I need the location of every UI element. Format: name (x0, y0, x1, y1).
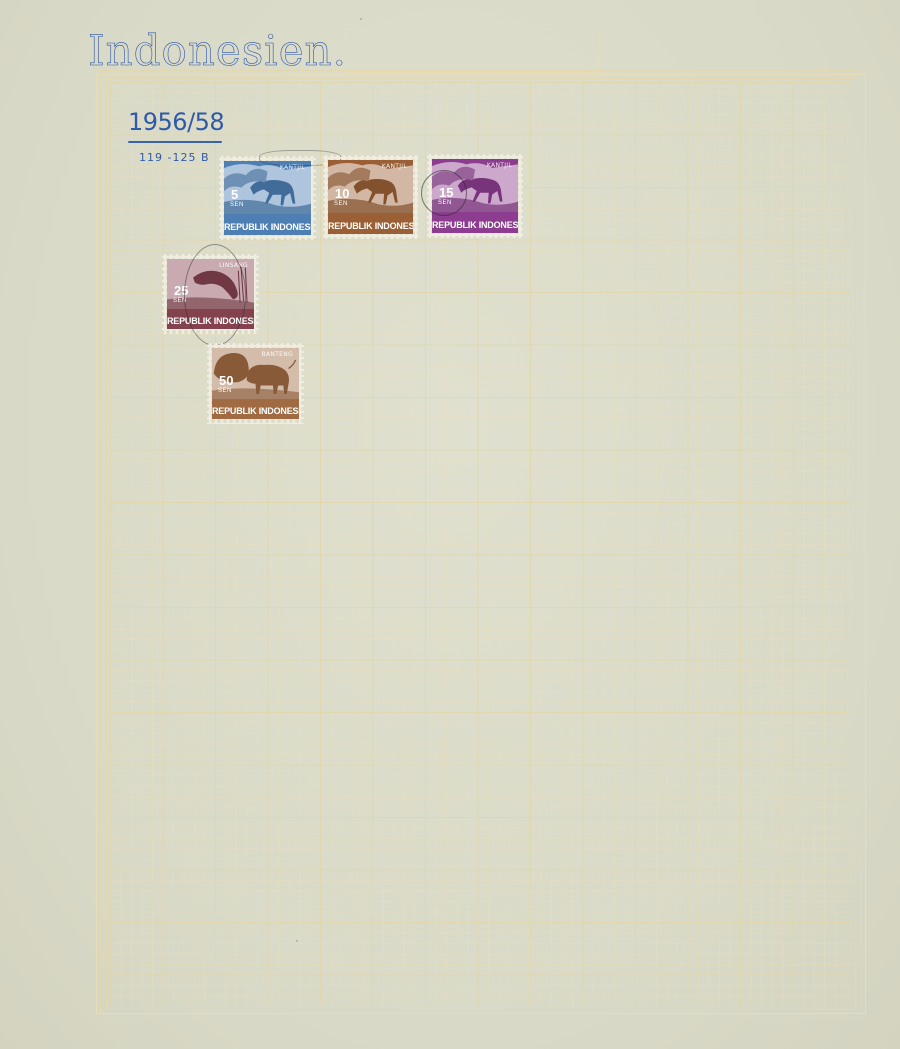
year-label: 1956/58 (128, 108, 224, 136)
year-underline (128, 141, 222, 143)
paper-speck (360, 18, 362, 20)
stamp-design: KANTJIL 5 SEN REPUBLIK INDONESIA (224, 161, 311, 235)
postmark-cancel (184, 244, 246, 346)
stamp-caption: KANTJIL (487, 162, 512, 169)
stamp-15-sen[interactable]: KANTJIL 15 SEN REPUBLIK INDONESIA (427, 154, 523, 238)
stamp-country: REPUBLIK INDONESIA (224, 222, 311, 232)
album-page: Indonesien. 1956/58 119 -125 B KANTJIL 5… (0, 0, 900, 1049)
catalog-numbers: 119 -125 B (139, 151, 210, 164)
stamp-design: BANTENG 50 SEN REPUBLIK INDONESIA (212, 348, 299, 419)
stamp-unit: SEN (334, 201, 348, 207)
title-box (345, 29, 599, 73)
stamp-country: REPUBLIK INDONESIA (328, 221, 413, 231)
stamp-caption: BANTENG (262, 351, 293, 358)
postmark-cancel (421, 170, 467, 216)
stamp-value: 10 (335, 187, 349, 200)
stamp-unit: SEN (230, 202, 244, 208)
stamp-50-sen[interactable]: BANTENG 50 SEN REPUBLIK INDONESIA (207, 343, 304, 424)
stamp-unit: SEN (218, 388, 232, 394)
country-title: Indonesien. (88, 30, 347, 72)
paper-speck (296, 940, 298, 942)
stamp-country: REPUBLIK INDONESIA (432, 220, 518, 230)
stamp-country: REPUBLIK INDONESIA (212, 406, 299, 416)
stamp-caption: KANTJIL (382, 163, 407, 170)
stamp-value: 50 (219, 374, 233, 387)
stamp-10-sen[interactable]: KANTJIL 10 SEN REPUBLIK INDONESIA (323, 155, 418, 239)
stamp-25-sen[interactable]: LINSANG 25 SEN REPUBLIK INDONESIA (162, 254, 259, 334)
stamp-value: 5 (231, 188, 238, 201)
stamp-5-sen[interactable]: KANTJIL 5 SEN REPUBLIK INDONESIA (219, 156, 316, 240)
stamp-design: KANTJIL 10 SEN REPUBLIK INDONESIA (328, 160, 413, 234)
